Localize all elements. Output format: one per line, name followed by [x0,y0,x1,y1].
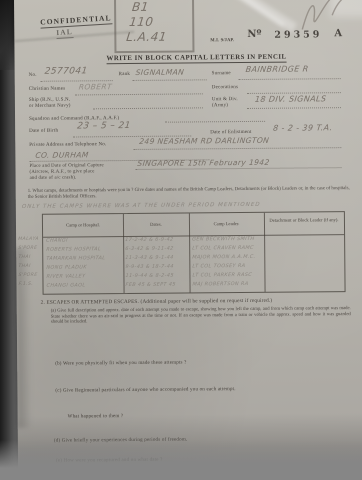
no-value: 2577041 [44,66,88,76]
paper-edge-shadow [16,248,34,428]
col-header-dates: Dates. [123,221,189,227]
decorations-label: Decorations [212,85,238,90]
address-value: 249 NEASHAM RD DARLINGTON [139,136,270,146]
stamp-box-entry: 110 [128,15,154,29]
table-row-camp: CHANGI [46,238,68,244]
address-value-2: CO. DURHAM [35,150,89,159]
unit-div-value: 18 DIV. SIGNALS [254,94,327,104]
table-row-camp: CHANGI GAOL [46,282,86,288]
christian-names-label: Christian Names [29,87,66,92]
table-row-dates: 6-3-42 & 9-11-42 [125,246,174,252]
address-label: Private Address and Telephone No. [29,142,106,148]
table-row-dates: 9-9-43 & 18-7-44 [125,264,174,270]
table-row-leader: LT COL PARKER RASC [192,272,252,279]
table-row-dates: 11-3-43 & 9-1-44 [125,255,174,261]
unit-div-label: Unit & Div. [212,97,238,102]
col-header-camp: Camp or Hospital. [43,222,123,228]
ship-label-2: or Merchant Navy) [29,104,71,109]
table-row-camp: NONG PLADUK [46,264,87,270]
enlistment-value: 8 - 2 - 39 T.A. [273,123,334,133]
no-label: No. [29,73,37,78]
scan-bottom-shade [0,440,362,480]
table-row-leader: LT COL TOOSEY RA [192,263,246,269]
surname-label: Surname [212,71,231,76]
christian-names-value: ROBERT [78,82,112,91]
table-row-camp: RIVER VALLEY [46,273,86,279]
table-row-camp: TAMARKAN HOSPITAL [46,255,106,262]
table-row-leader: LT COL CRAVEN RAMC [192,245,254,252]
form-heading: WRITE IN BLOCK CAPITAL LETTERS IN PENCIL [107,54,287,65]
table-row-dates: 17-2-42 & 6-9-42 [125,237,174,243]
confidential-stamp-partial: IAL [56,27,73,39]
camps-table: Camp or Hospital. Dates. Camp Leader. De… [42,211,346,295]
question-1-handwritten-note: ONLY THE CAMPS WHERE WAS AT THE UNDER PE… [21,202,260,210]
table-row-leader: MAJOR MOON A.A.M.C. [192,254,256,261]
surname-value: BAINBRIDGE R [245,64,309,74]
rank-value: SIGNALMAN [135,68,185,77]
question-2-heading: 2. ESCAPES OR ATTEMPTED ESCAPES. (Additi… [41,298,273,306]
question-2c-text: (c) Give Regimental particulars of anyon… [55,387,235,394]
capture-label: Place and Date of Original Capture [29,163,103,169]
ship-label: Ship (R.N., U.S.N. [29,98,70,103]
fold-crease [231,0,297,32]
table-row-dates: 11-9-44 & 8-2-45 [125,273,174,279]
question-2a-text: (a) Give full description and approx. da… [51,306,351,325]
table-margin-note: MALAYA [18,237,39,242]
unit-div-label-2: (Army) [212,103,228,108]
serial-suffix: A [334,28,342,39]
capture-label-2: (Aircrew, R.A.F., to give place [30,169,95,175]
stamp-box-entry: L.A.41 [126,30,168,44]
reference-stamp-box [114,0,194,53]
rank-label: Rank [119,72,130,77]
stamp-box-entry: B1 [131,0,149,14]
serial-number: 29359 [274,29,322,40]
date-of-birth-value: 23 – 5 – 21 [77,121,132,131]
date-of-birth-label: Date of Birth [29,129,58,134]
table-row-leader: MAJ ROBERTSON RA [192,281,249,287]
question-2b-text: (b) Were you physically fit when you mad… [55,361,186,367]
form-paper: CONFIDENTIAL IAL B1 110 L.A.41 M.I. 9/JA… [14,0,362,476]
mi9-label: M.I. 9/JAP. [210,37,234,42]
serial-no-symbol: Nº [247,29,261,40]
table-row-dates: FEB 45 & SEPT 45 [125,282,176,288]
enlistment-label: Date of Enlistment [210,130,251,135]
col-header-leader: Camp Leader. [189,221,264,227]
col-header-block-leader: Detachment or Block Leader (if any). [266,217,342,223]
confidential-stamp: CONFIDENTIAL [40,13,112,28]
table-row-leader: GEN BECKWITH SMITH [192,236,255,243]
question-1-text: 1. What camps, detachments or hospitals … [28,186,350,200]
capture-label-3: and date of a/c crash). [30,175,77,180]
scanned-document: CONFIDENTIAL IAL B1 110 L.A.41 M.I. 9/JA… [0,0,362,480]
table-row-camp: ROBERTS HOSPITAL [46,246,101,252]
